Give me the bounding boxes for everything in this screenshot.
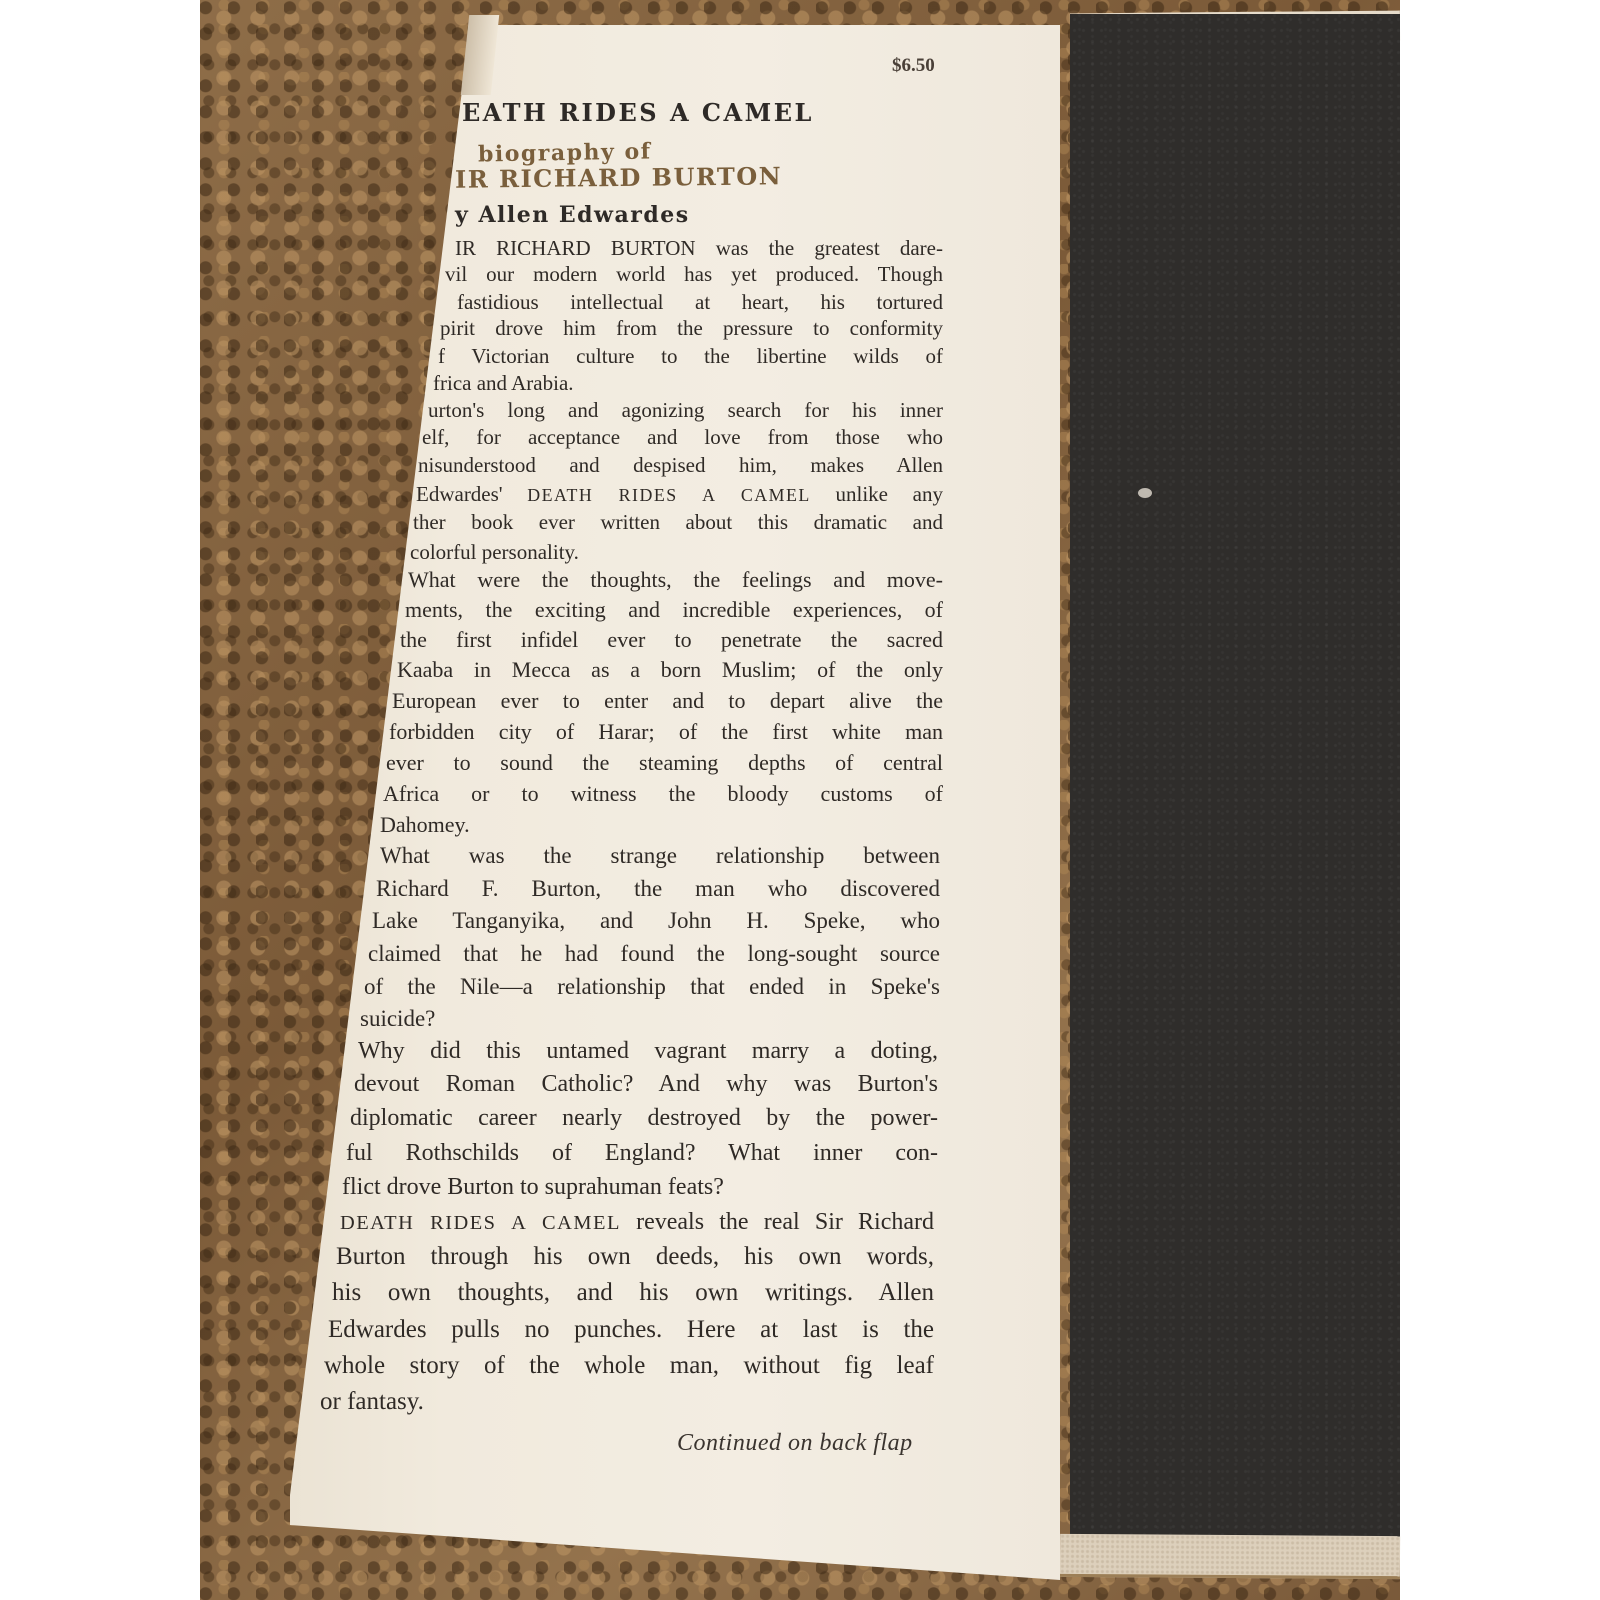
text-segment: forbidden city of Harar; of the first wh… xyxy=(389,719,943,744)
book-title: EATH RIDES A CAMEL xyxy=(462,98,814,127)
text-segment: flict drove Burton to suprahuman feats? xyxy=(342,1174,724,1200)
flap-text-line: forbidden city of Harar; of the first wh… xyxy=(389,719,943,745)
text-segment: or fantasy. xyxy=(320,1388,424,1415)
flap-text-line: Lake Tanganyika, and John H. Speke, who xyxy=(372,908,940,934)
board-speck xyxy=(1138,488,1152,498)
text-segment: ther book ever written about this dramat… xyxy=(413,510,943,534)
text-segment: whole story of the whole man, without fi… xyxy=(324,1352,934,1379)
text-segment: Lake Tanganyika, and John H. Speke, who xyxy=(372,908,940,933)
text-segment: Kaaba in Mecca as a born Muslim; of the … xyxy=(397,657,943,682)
small-caps-title: DEATH RIDES A CAMEL xyxy=(527,485,811,505)
flap-text-line: claimed that he had found the long-sough… xyxy=(368,941,940,967)
text-segment: Africa or to witness the bloody customs … xyxy=(383,781,943,806)
text-segment: elf, for acceptance and love from those … xyxy=(422,425,943,449)
flap-text-line: ments, the exciting and incredible exper… xyxy=(405,597,943,623)
flap-text-line: vil our modern world has yet produced. T… xyxy=(445,262,943,287)
text-segment: claimed that he had found the long-sough… xyxy=(368,941,940,966)
flap-text-line: ever to sound the steaming depths of cen… xyxy=(386,750,943,776)
text-segment: What was the strange relationship betwee… xyxy=(380,843,940,868)
small-caps-title: DEATH RIDES A CAMEL xyxy=(340,1212,621,1234)
text-segment: pirit drove him from the pressure to con… xyxy=(440,316,943,340)
flap-text-line: Dahomey. xyxy=(380,812,470,838)
book-board xyxy=(1070,14,1400,1539)
flap-text-line: urton's long and agonizing search for hi… xyxy=(428,398,943,423)
text-segment: devout Roman Catholic? And why was Burto… xyxy=(354,1071,938,1097)
text-segment: ever to sound the steaming depths of cen… xyxy=(386,750,943,775)
text-segment: suicide? xyxy=(360,1006,435,1031)
flap-text-line: Africa or to witness the bloody customs … xyxy=(383,781,943,807)
text-segment: unlike any xyxy=(811,482,943,506)
flap-text-line: devout Roman Catholic? And why was Burto… xyxy=(354,1071,938,1098)
text-segment: of the Nile—a relationship that ended in… xyxy=(364,974,940,999)
text-segment: frica and Arabia. xyxy=(433,371,574,395)
text-segment: IR RICHARD BURTON was the greatest dare- xyxy=(455,236,943,260)
continued-note: Continued on back flap xyxy=(677,1430,913,1457)
flap-text-line: Burton through his own deeds, his own wo… xyxy=(336,1243,934,1271)
text-segment: Richard F. Burton, the man who discovere… xyxy=(376,876,940,901)
text-segment: nisunderstood and despised him, makes Al… xyxy=(418,453,943,477)
text-segment: reveals the real Sir Richard xyxy=(621,1209,934,1235)
flap-text-line: of the Nile—a relationship that ended in… xyxy=(364,974,940,1000)
book-board-cloth-bottom xyxy=(1060,1534,1400,1579)
text-segment: ments, the exciting and incredible exper… xyxy=(405,597,943,622)
flap-text-line: IR RICHARD BURTON was the greatest dare- xyxy=(455,236,943,261)
flap-text-line: fastidious intellectual at heart, his to… xyxy=(457,290,943,315)
text-segment: the first infidel ever to penetrate the … xyxy=(400,627,943,652)
text-segment: diplomatic career nearly destroyed by th… xyxy=(350,1105,938,1131)
flap-text-line: whole story of the whole man, without fi… xyxy=(324,1352,934,1380)
flap-text-line: Edwardes pulls no punches. Here at last … xyxy=(328,1316,934,1344)
flap-text-line: diplomatic career nearly destroyed by th… xyxy=(350,1105,938,1132)
text-segment: What were the thoughts, the feelings and… xyxy=(408,567,943,592)
text-segment: colorful personality. xyxy=(410,540,579,564)
flap-text-line: ful Rothschilds of England? What inner c… xyxy=(346,1140,938,1167)
flap-text-line: or fantasy. xyxy=(320,1388,424,1416)
flap-text-line: his own thoughts, and his own writings. … xyxy=(332,1279,934,1307)
flap-text-line: colorful personality. xyxy=(410,540,579,565)
flap-text-line: ther book ever written about this dramat… xyxy=(413,510,943,535)
text-segment: fastidious intellectual at heart, his to… xyxy=(457,290,943,314)
text-segment: his own thoughts, and his own writings. … xyxy=(332,1279,934,1306)
flap-text-line: What were the thoughts, the feelings and… xyxy=(408,567,943,593)
flap-text-line: frica and Arabia. xyxy=(433,371,574,396)
flap-text-line: European ever to enter and to depart ali… xyxy=(392,688,943,714)
book-subject: IR RICHARD BURTON xyxy=(455,161,782,193)
flap-text-line: What was the strange relationship betwee… xyxy=(380,843,940,869)
flap-text-line: elf, for acceptance and love from those … xyxy=(422,425,943,450)
text-segment: vil our modern world has yet produced. T… xyxy=(445,262,943,286)
flap-text-line: the first infidel ever to penetrate the … xyxy=(400,627,943,653)
flap-text-line: Why did this untamed vagrant marry a dot… xyxy=(358,1038,938,1065)
text-segment: urton's long and agonizing search for hi… xyxy=(428,398,943,422)
text-segment: Edwardes' xyxy=(416,482,527,506)
flap-text-line: Richard F. Burton, the man who discovere… xyxy=(376,876,940,902)
flap-text-line: flict drove Burton to suprahuman feats? xyxy=(342,1174,724,1201)
book-author: y Allen Edwardes xyxy=(455,202,690,228)
flap-text-line: DEATH RIDES A CAMEL reveals the real Sir… xyxy=(340,1209,934,1236)
text-segment: ful Rothschilds of England? What inner c… xyxy=(346,1140,938,1166)
text-segment: Dahomey. xyxy=(380,812,470,837)
flap-text-line: nisunderstood and despised him, makes Al… xyxy=(418,453,943,478)
text-segment: Burton through his own deeds, his own wo… xyxy=(336,1243,934,1270)
text-segment: European ever to enter and to depart ali… xyxy=(392,688,943,713)
flap-text-line: suicide? xyxy=(360,1006,435,1032)
text-segment: Edwardes pulls no punches. Here at last … xyxy=(328,1316,934,1343)
flap-text-line: f Victorian culture to the libertine wil… xyxy=(438,344,943,369)
text-segment: Why did this untamed vagrant marry a dot… xyxy=(358,1038,938,1064)
price: $6.50 xyxy=(892,55,935,77)
text-segment: f Victorian culture to the libertine wil… xyxy=(438,344,943,368)
flap-text-line: pirit drove him from the pressure to con… xyxy=(440,316,943,341)
flap-text-line: Edwardes' DEATH RIDES A CAMEL unlike any xyxy=(416,482,943,507)
flap-text-line: Kaaba in Mecca as a born Muslim; of the … xyxy=(397,657,943,683)
